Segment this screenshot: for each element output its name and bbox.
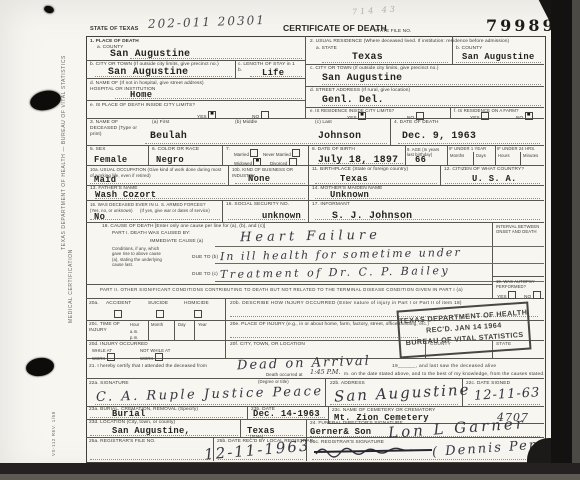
checkbox-not-at-work	[155, 353, 163, 361]
race-label: 6. COLOR OR RACE	[152, 147, 199, 153]
residence-state-value: Texas	[352, 51, 383, 62]
scan-right-strip	[551, 0, 580, 480]
immediate-cause-label: IMMEDIATE CAUSE (a)	[150, 239, 203, 245]
form-line	[305, 64, 544, 65]
marital-married: Married	[234, 149, 258, 157]
death-occurred-label: Death occurred at	[266, 372, 303, 378]
form-line	[86, 165, 544, 166]
last-name-label: (c) Last	[315, 120, 332, 126]
writing-rule	[456, 62, 541, 63]
ssn-value: unknown	[262, 211, 301, 221]
writing-rule	[90, 459, 210, 460]
checkbox-place-limits-yes: ■	[208, 111, 216, 119]
day-label: Day	[178, 322, 186, 327]
checkbox-farm-no: ■	[525, 112, 533, 120]
form-line	[235, 60, 236, 78]
am-label: a.m.	[130, 329, 139, 334]
date-of-death-label: 4. DATE OF DEATH	[394, 120, 439, 126]
yes-label: YES	[470, 116, 480, 121]
autopsy-yes: YES	[497, 291, 516, 301]
margin-dept-text: TEXAS DEPARTMENT OF HEALTH — BUREAU OF V…	[62, 55, 68, 250]
length-of-stay-value: Life	[262, 68, 284, 78]
form-line	[222, 200, 223, 222]
farm-yes: YES	[470, 112, 489, 122]
married-label: Married	[234, 152, 249, 157]
burial-type-value: Burial	[112, 409, 145, 419]
state-file-no-label: STATE FILE NO.	[374, 29, 411, 35]
injury-city-label: 20f. CITY, TOWN, OR LOCATION	[230, 342, 305, 348]
last-name-value: Johnson	[318, 130, 361, 141]
hospital-label: d. NAME OF (If not in hospital, give str…	[90, 81, 215, 93]
scan-bottom-band	[0, 463, 580, 474]
accident-box	[114, 310, 122, 320]
marital-widowed: Widowed ■	[234, 158, 261, 166]
place-city-limits-label: e. IS PLACE OF DEATH INSIDE CITY LIMITS?	[90, 103, 195, 109]
form-line	[473, 152, 474, 165]
scan-bottom-strip	[0, 474, 580, 480]
marital-never: Never Married	[263, 149, 300, 157]
writing-rule	[398, 143, 540, 144]
form-line	[86, 437, 544, 438]
armed-forces-value: No	[94, 212, 105, 222]
form-line	[308, 145, 309, 165]
burial-city-value: San Augustine,	[112, 426, 190, 436]
citizen-value: U. S. A.	[472, 174, 517, 184]
writing-rule	[315, 183, 437, 184]
writing-rule	[322, 62, 448, 63]
form-line	[305, 36, 306, 118]
form-line	[86, 284, 492, 285]
form-line	[440, 165, 441, 185]
business-value: None	[248, 174, 270, 184]
age-value: 66	[415, 155, 426, 165]
marital-number: 7.	[226, 147, 230, 153]
checkbox-residence-limits-no	[416, 112, 424, 120]
checkbox-autopsy-yes	[508, 291, 516, 299]
form-line	[308, 165, 309, 185]
checkbox-autopsy-no	[533, 291, 541, 299]
conditions-note: Conditions, if any, which gave rise to a…	[112, 246, 168, 267]
date-signed-label: 22c. DATE SIGNED	[466, 381, 510, 387]
certify-line1b: 19______, and last saw the deceased aliv…	[392, 364, 496, 370]
form-line	[520, 152, 521, 165]
writing-rule	[230, 337, 418, 338]
marital-divorced: Divorced	[270, 158, 297, 166]
form-line	[86, 298, 544, 299]
suicide-label: SUICIDE	[148, 301, 168, 307]
writing-rule	[322, 105, 541, 106]
residence-state-label: a. STATE	[316, 46, 337, 52]
street-address-value: Genl. Del.	[322, 94, 384, 105]
place-limits-yes: YES ■	[197, 111, 216, 121]
residence-county-value: San Augustine	[462, 52, 535, 62]
punch-hole-top	[28, 88, 62, 113]
form-line	[86, 60, 305, 61]
state-file-number: 79989	[486, 16, 557, 35]
form-line	[240, 419, 241, 437]
margin-medical-text: MEDICAL CERTIFICATION	[69, 243, 75, 323]
form-line	[495, 145, 496, 165]
writing-rule	[90, 219, 220, 220]
suicide-box	[156, 310, 164, 320]
checkbox-accident	[114, 310, 122, 318]
farm-no: NO ■	[516, 112, 533, 122]
degree-or-title-label: (Degree or title)	[258, 379, 289, 384]
license-number-handwritten: 4707	[497, 411, 529, 424]
form-line	[86, 378, 544, 379]
injury-number: 20a.	[89, 301, 99, 307]
state-of-texas-label: STATE OF TEXAS	[90, 26, 138, 33]
form-line	[86, 200, 544, 201]
no-label: NO	[516, 116, 523, 121]
form-line	[148, 145, 149, 165]
describe-injury-label: 20b. DESCRIBE HOW INJURY OCCURRED (Enter…	[230, 301, 462, 307]
signature-label: 22a. SIGNATURE	[89, 381, 129, 387]
occupation-value: Maid	[94, 175, 116, 185]
first-name-value: Beulah	[150, 130, 187, 141]
date-of-birth-value: July 18, 1897	[318, 154, 398, 165]
margin-form-number: VS-112 REV. 1/58	[52, 398, 57, 456]
race-value: Negro	[156, 155, 184, 165]
middle-name-label: (b) Middle	[235, 120, 257, 126]
form-line	[222, 145, 223, 165]
cause-line-c	[215, 281, 544, 282]
due-to-b-label: DUE TO (b)	[192, 255, 218, 261]
first-name-label: (a) First	[152, 120, 169, 126]
time-of-injury-label: 20c. TIME OF INJURY	[89, 322, 129, 334]
armed-forces-label: 15. WAS DECEASED EVER IN U. S. ARMED FOR…	[90, 202, 206, 208]
form-line	[447, 145, 448, 165]
form-line	[86, 222, 544, 223]
homicide-box	[194, 310, 202, 320]
birthplace-value: Texas	[340, 174, 368, 184]
cause-line-b	[215, 263, 544, 264]
cause-of-death-label: 18. CAUSE OF DEATH [Enter only one cause…	[102, 224, 265, 230]
autopsy-no: NO	[524, 291, 541, 301]
registrar-file-label: 25a. REGISTRAR'S FILE NO.	[89, 439, 156, 445]
place-city-value: San Augustine	[108, 66, 188, 77]
checkbox-at-work	[107, 353, 115, 361]
divorced-label: Divorced	[270, 161, 287, 166]
hour-label: Hour	[130, 322, 139, 327]
residence-city-value: San Augustine	[322, 72, 402, 83]
under-24-hrs-label: IF UNDER 24 HRS.	[497, 146, 543, 151]
form-line	[308, 200, 309, 222]
funeral-director-typed: Gerner& Son	[310, 427, 371, 437]
form-line	[86, 100, 305, 101]
year-label: Year	[198, 322, 207, 327]
death-time-handwritten: 1:45 P.M.	[310, 368, 341, 376]
checkbox-divorced	[289, 158, 297, 166]
date-of-birth-label: 8. DATE OF BIRTH	[312, 147, 355, 153]
while-at-work-label: WHILE AT WORK	[92, 348, 126, 362]
checkbox-never-married	[292, 149, 300, 157]
form-line	[148, 320, 149, 340]
birthplace-label: 11. BIRTHPLACE (State or foreign country…	[312, 167, 408, 173]
ink-spot	[43, 5, 55, 15]
citizen-label: 12. CITIZEN OF WHAT COUNTRY?	[444, 167, 524, 173]
name-of-deceased-label: 3. NAME OF DECEASED (Type or print)	[90, 120, 145, 138]
pencil-note: 714 43	[352, 4, 399, 16]
checkbox-farm-yes	[481, 112, 489, 120]
hospital-value: Home	[130, 90, 152, 100]
mother-name-value: Unknown	[330, 190, 369, 200]
cause-a-handwritten: Heart Failure	[240, 228, 381, 245]
form-line	[405, 145, 406, 165]
writing-rule	[468, 404, 540, 405]
under-1-year-label: IF UNDER 1 YEAR	[449, 146, 493, 151]
no-label: NO	[524, 295, 531, 300]
part1-label: PART I. DEATH WAS CAUSED BY:	[112, 231, 191, 237]
checkbox-suicide	[156, 310, 164, 318]
sex-label: 5. SEX	[90, 147, 106, 153]
homicide-label: HOMICIDE	[184, 301, 209, 307]
certificate-title: CERTIFICATE OF DEATH	[283, 23, 387, 34]
yes-label: YES	[347, 116, 357, 121]
crossed-out-signature-scribble	[314, 444, 434, 460]
form-line	[225, 298, 226, 358]
certify-line1: 21. I hereby certify that I attended the…	[89, 364, 207, 370]
form-line	[325, 378, 326, 406]
form-line	[247, 406, 248, 419]
form-line	[450, 107, 451, 118]
form-line	[390, 118, 391, 145]
form-line	[305, 86, 544, 87]
received-stamp: TEXAS DEPARTMENT OF HEALTH REC'D. JAN 14…	[396, 301, 531, 358]
ssn-label: 16. SOCIAL SECURITY NO.	[226, 202, 289, 208]
checkbox-homicide	[194, 310, 202, 318]
not-while-at-work-label: NOT WHILE AT WORK	[140, 348, 184, 362]
form-line	[492, 276, 544, 277]
never-married-label: Never Married	[263, 152, 291, 157]
burial-date-value: Dec. 14-1963	[253, 409, 320, 419]
checkbox-widowed: ■	[253, 158, 261, 166]
checkbox-residence-limits-yes: ■	[358, 112, 366, 120]
checkbox-married	[250, 149, 258, 157]
death-certificate-scan: TEXAS DEPARTMENT OF HEALTH — BUREAU OF V…	[0, 0, 580, 480]
form-line	[194, 320, 195, 340]
yes-label: YES	[197, 115, 207, 120]
punch-hole-bottom	[25, 356, 55, 378]
hours-label: Hours	[498, 153, 510, 158]
days-label: Days	[476, 153, 486, 158]
form-line	[308, 185, 309, 200]
form-line	[228, 165, 229, 185]
part2-label: PART II. OTHER SIGNIFICANT CONDITIONS CO…	[100, 287, 463, 293]
date-of-death-value: Dec. 9, 1963	[402, 130, 476, 141]
informant-label: 17. INFORMANT	[312, 202, 350, 208]
yes-label: YES	[497, 295, 507, 300]
months-label: Months	[450, 153, 464, 158]
writing-rule	[145, 143, 387, 144]
handwritten-file-code: 202-011 20301	[148, 13, 266, 31]
checkbox-place-limits-no	[261, 111, 269, 119]
form-line	[492, 222, 493, 298]
residence-title: 2. USUAL RESIDENCE (Where deceased lived…	[310, 39, 509, 45]
month-label: Month	[151, 322, 163, 327]
autopsy-label: 19. WAS AUTOPSY PERFORMED?	[496, 279, 540, 290]
accident-label: ACCIDENT	[106, 301, 131, 307]
sex-value: Female	[94, 155, 127, 165]
pm-label: p.m.	[130, 335, 139, 340]
informant-value: S. J. Johnson	[332, 210, 412, 221]
minutes-label: Minutes	[523, 153, 538, 158]
father-name-value: Wash Cozort	[95, 190, 156, 200]
writing-rule	[95, 404, 320, 405]
residence-limits-yes: YES ■	[347, 112, 366, 122]
armed-forces-sub2: (If yes, give war or dates of service)	[140, 208, 215, 213]
certify-line2: m. on the date stated above, and to the …	[344, 372, 545, 378]
writing-rule	[322, 84, 541, 85]
form-line	[86, 78, 305, 79]
place-county-value: San Augustine	[110, 48, 190, 59]
due-to-c-label: DUE TO (c)	[192, 272, 218, 278]
widowed-label: Widowed	[234, 161, 252, 166]
form-line	[174, 320, 175, 340]
interval-label: INTERVAL BETWEEN ONSET AND DEATH	[496, 224, 540, 235]
